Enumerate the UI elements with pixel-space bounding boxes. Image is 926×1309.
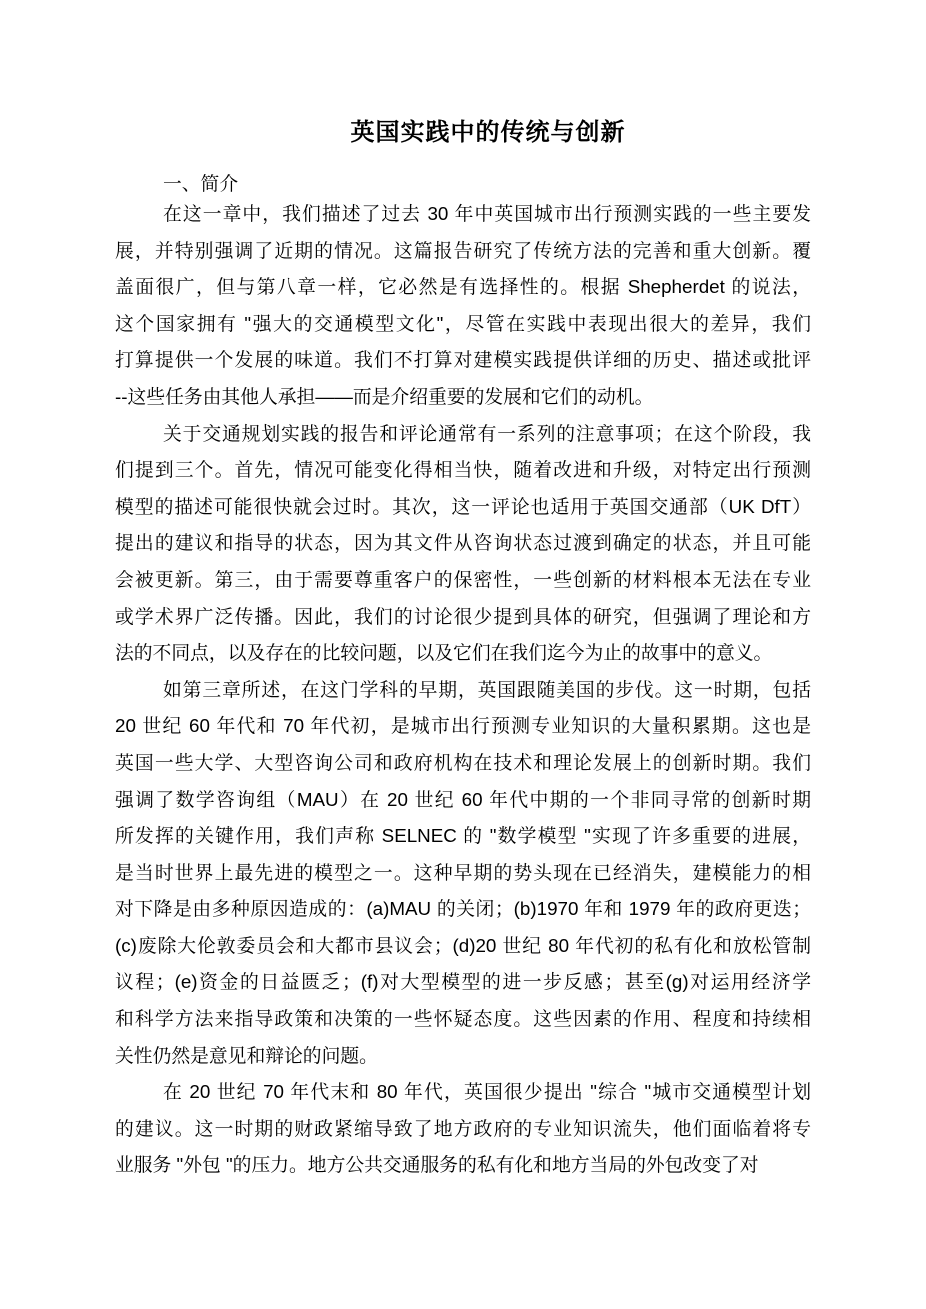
text-line: --这些任务由其他人承担——而是介绍重要的发展和它们的动机。 xyxy=(115,379,811,416)
text-line: 在这一章中，我们描述了过去 30 年中英国城市出行预测实践的一些主要发 xyxy=(115,196,811,233)
text-line: 提出的建议和指导的状态，因为其文件从咨询状态过渡到确定的状态，并且可能 xyxy=(115,525,811,562)
text-line: (c)废除大伦敦委员会和大都市县议会；(d)20 世纪 80 年代初的私有化和放… xyxy=(115,928,811,965)
text-line: 对下降是由多种原因造成的：(a)MAU 的关闭；(b)1970 年和 1979 … xyxy=(115,891,811,928)
text-line: 是当时世界上最先进的模型之一。这种早期的势头现在已经消失，建模能力的相 xyxy=(115,855,811,892)
text-line: 英国一些大学、大型咨询公司和政府机构在技术和理论发展上的创新时期。我们 xyxy=(115,745,811,782)
text-line: 的建议。这一时期的财政紧缩导致了地方政府的专业知识流失，他们面临着将专 xyxy=(115,1111,811,1148)
text-line: 关性仍然是意见和辩论的问题。 xyxy=(115,1038,811,1075)
text-line: 们提到三个。首先，情况可能变化得相当快，随着改进和升级，对特定出行预测 xyxy=(115,452,811,489)
text-line: 和科学方法来指导政策和决策的一些怀疑态度。这些因素的作用、程度和持续相 xyxy=(115,1001,811,1038)
text-line: 盖面很广，但与第八章一样，它必然是有选择性的。根据 Shepherdet 的说法… xyxy=(115,269,811,306)
text-line: 20 世纪 60 年代和 70 年代初，是城市出行预测专业知识的大量积累期。这也… xyxy=(115,708,811,745)
document-body: 在这一章中，我们描述了过去 30 年中英国城市出行预测实践的一些主要发展，并特别… xyxy=(115,196,811,1184)
text-line: 关于交通规划实践的报告和评论通常有一系列的注意事项；在这个阶段，我 xyxy=(115,416,811,453)
text-line: 法的不同点，以及存在的比较问题，以及它们在我们迄今为止的故事中的意义。 xyxy=(115,635,811,672)
text-line: 议程；(e)资金的日益匮乏；(f)对大型模型的进一步反感；甚至(g)对运用经济学 xyxy=(115,964,811,1001)
text-line: 会被更新。第三，由于需要尊重客户的保密性，一些创新的材料根本无法在专业 xyxy=(115,562,811,599)
text-line: 如第三章所述，在这门学科的早期，英国跟随美国的步伐。这一时期，包括 xyxy=(115,672,811,709)
text-line: 所发挥的关键作用，我们声称 SELNEC 的 "数学模型 "实现了许多重要的进展… xyxy=(115,818,811,855)
text-line: 强调了数学咨询组（MAU）在 20 世纪 60 年代中期的一个非同寻常的创新时期 xyxy=(115,782,811,819)
document-page: 英国实践中的传统与创新 一、简介 在这一章中，我们描述了过去 30 年中英国城市… xyxy=(0,0,926,1309)
text-line: 打算提供一个发展的味道。我们不打算对建模实践提供详细的历史、描述或批评 xyxy=(115,342,811,379)
text-line: 模型的描述可能很快就会过时。其次，这一评论也适用于英国交通部（UK DfT） xyxy=(115,489,811,526)
text-line: 业服务 "外包 "的压力。地方公共交通服务的私有化和地方当局的外包改变了对 xyxy=(115,1147,811,1184)
text-line: 这个国家拥有 "强大的交通模型文化"，尽管在实践中表现出很大的差异，我们 xyxy=(115,306,811,343)
text-line: 在 20 世纪 70 年代末和 80 年代，英国很少提出 "综合 "城市交通模型… xyxy=(115,1074,811,1111)
text-line: 展，并特别强调了近期的情况。这篇报告研究了传统方法的完善和重大创新。覆 xyxy=(115,233,811,270)
text-line: 或学术界广泛传播。因此，我们的讨论很少提到具体的研究，但强调了理论和方 xyxy=(115,599,811,636)
document-title: 英国实践中的传统与创新 xyxy=(115,119,811,148)
